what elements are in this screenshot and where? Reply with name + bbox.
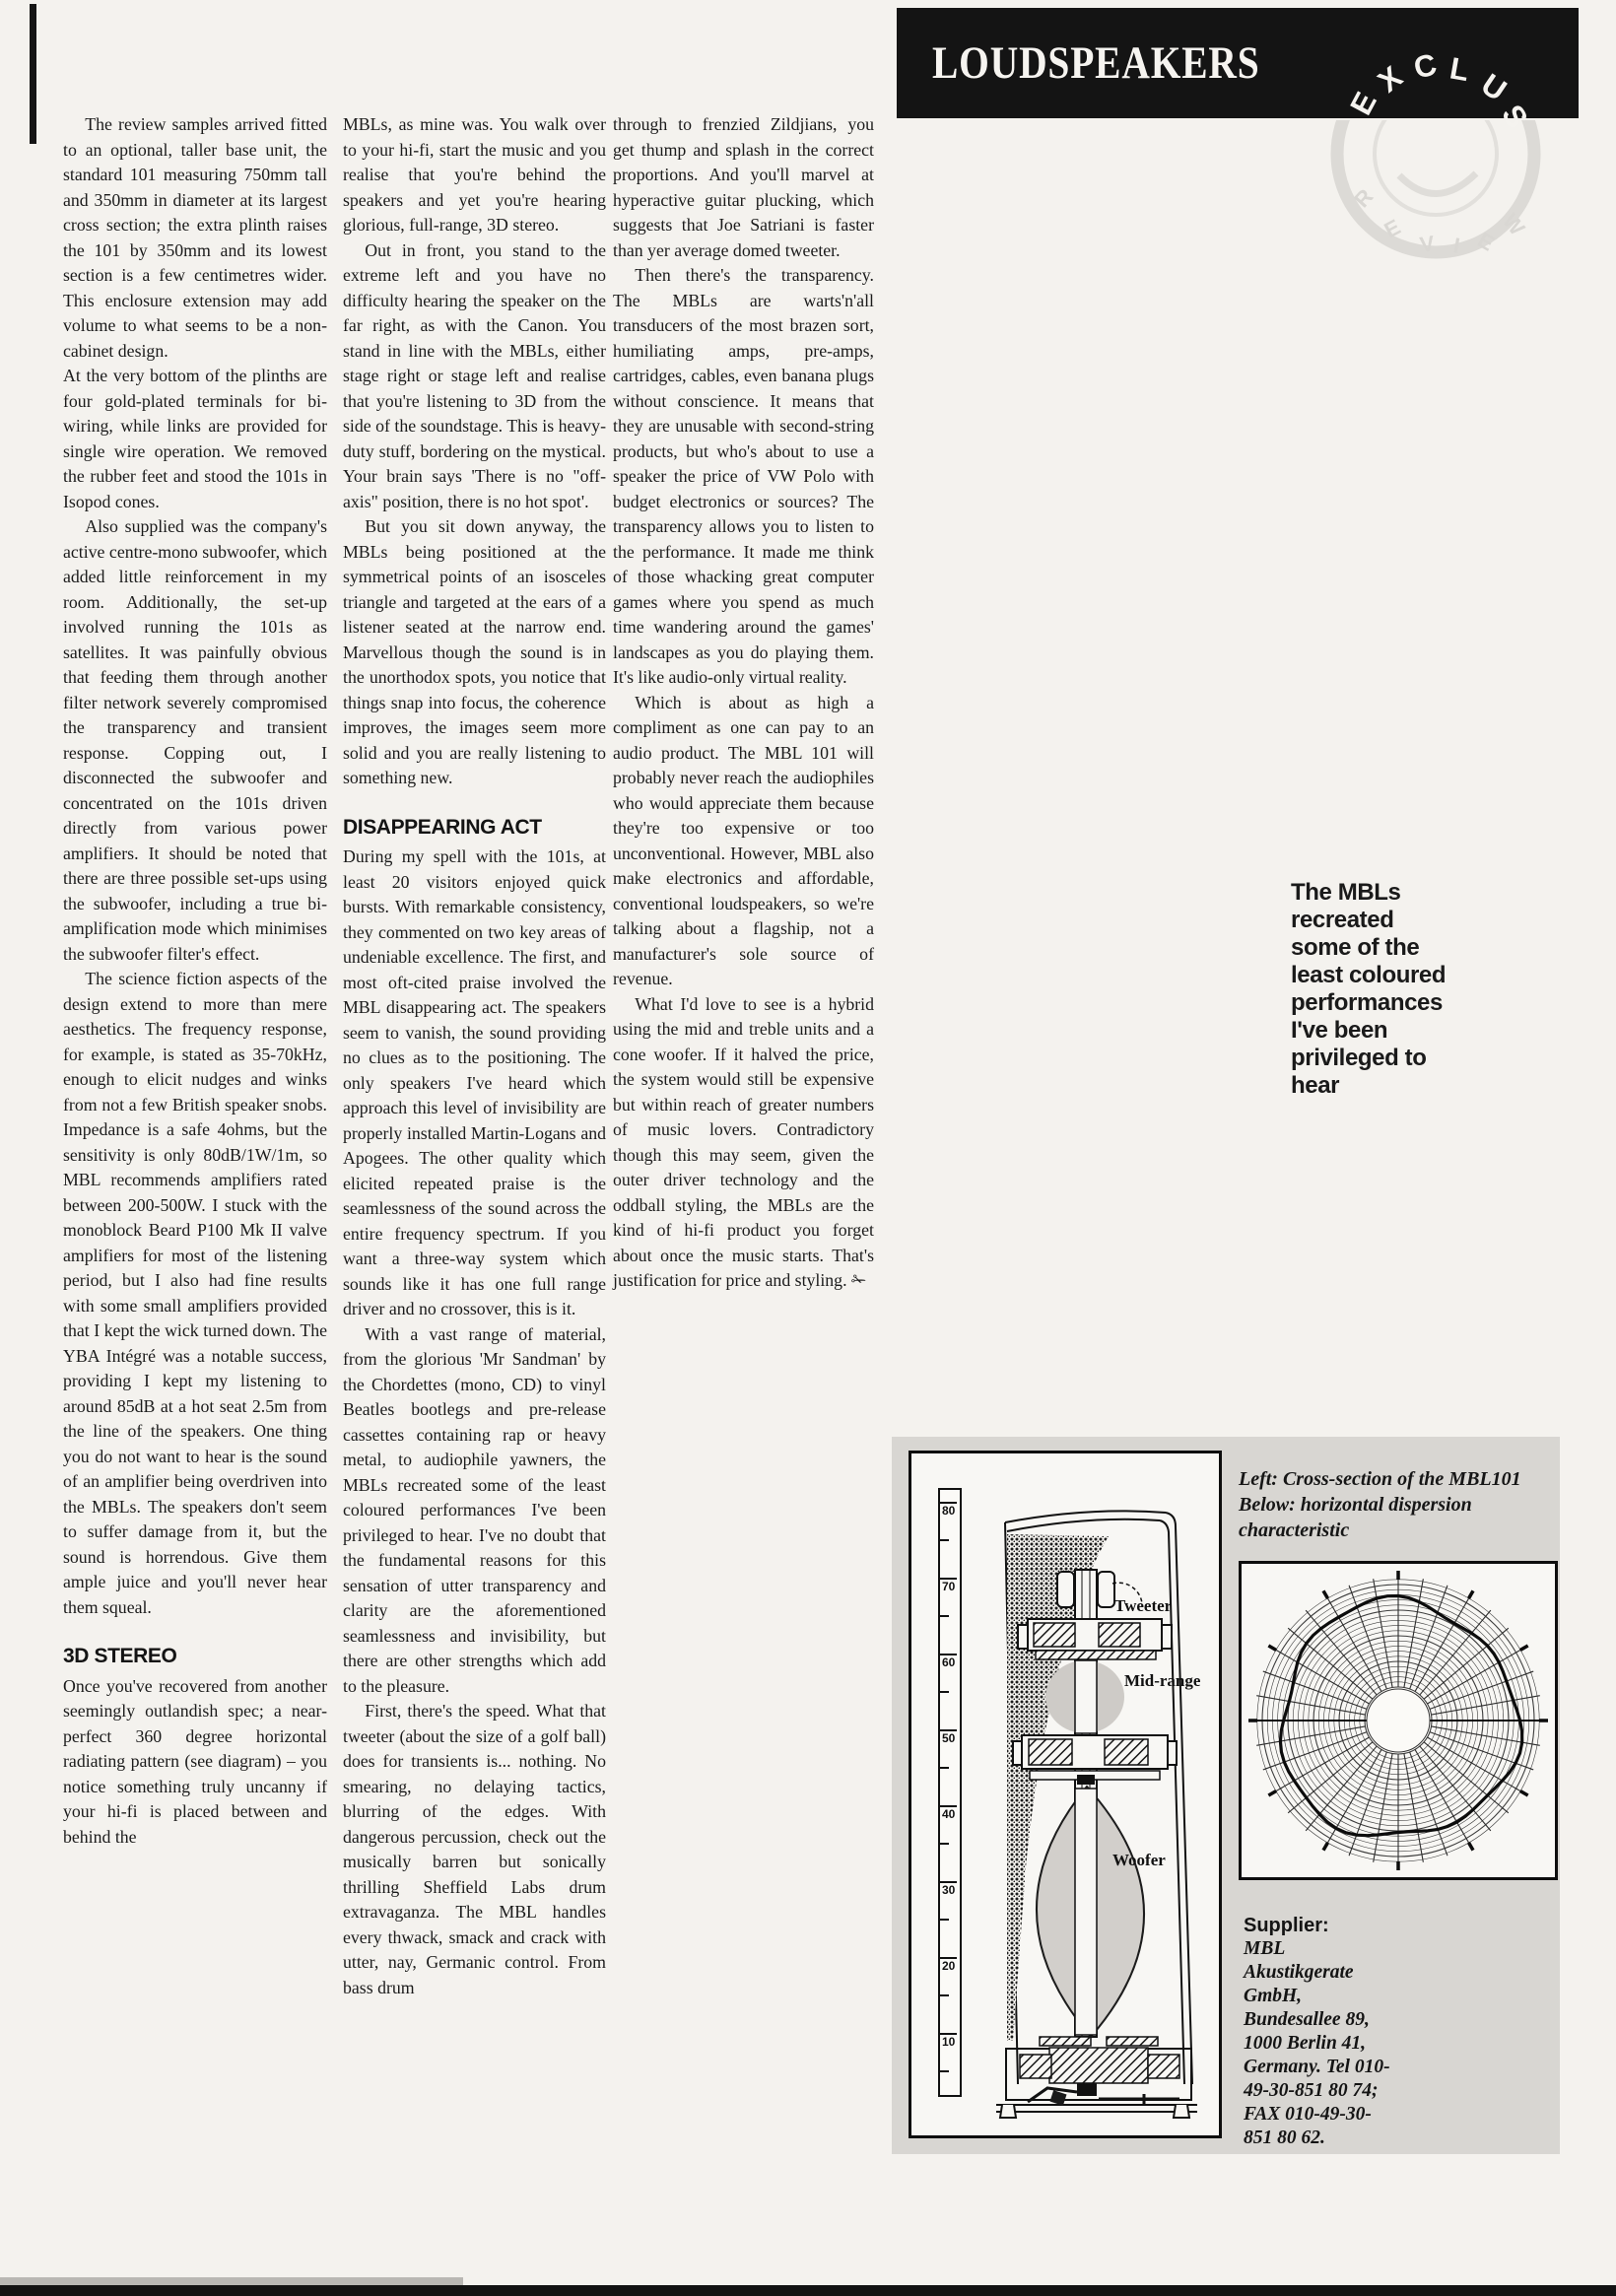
svg-text:W: W [1498, 209, 1530, 240]
midrange-label: Mid-range [1124, 1671, 1201, 1690]
page-title: LOUDSPEAKERS [932, 8, 1260, 118]
lower-flange [1013, 1735, 1177, 1785]
section-heading-disappearing-act: DISAPPEARING ACT [343, 815, 606, 841]
paragraph: At the very bottom of the plinths are fo… [63, 364, 327, 514]
paragraph: MBLs, as mine was. You walk over to your… [343, 112, 606, 238]
magazine-page: LOUDSPEAKERS R E V I E W E X C L U S [0, 0, 1616, 2296]
height-ruler: 80 70 60 50 40 30 20 10 [939, 1489, 961, 2096]
spindle-through-mid [1075, 1660, 1097, 1733]
pull-quote: The MBLs recreated some of the least col… [1291, 879, 1503, 1100]
svg-text:L: L [1448, 50, 1472, 88]
spindle-through-woofer [1075, 1789, 1097, 2035]
svg-text:E: E [1474, 228, 1499, 256]
paragraph: What I'd love to see is a hybrid using t… [613, 992, 874, 1294]
figure-panel: 80 70 60 50 40 30 20 10 [892, 1437, 1560, 2154]
base-assembly [1006, 2037, 1191, 2106]
cross-section-diagram: 80 70 60 50 40 30 20 10 [909, 1451, 1222, 2138]
svg-text:C: C [1410, 46, 1440, 85]
article-column-3: through to frenzied Zildjians, you get t… [613, 112, 874, 1294]
paragraph: With a vast range of material, from the … [343, 1322, 606, 1700]
woofer-label: Woofer [1112, 1851, 1166, 1869]
paragraph: But you sit down anyway, the MBLs being … [343, 514, 606, 791]
dispersion-chart [1239, 1561, 1558, 1880]
exclusive-stamp-icon: R E V I E W E X C L U S [1303, 26, 1569, 292]
upper-flange [1018, 1619, 1172, 1659]
polar-plot [1242, 1564, 1555, 1877]
stamp-top-letters: E X C L U S [1343, 46, 1534, 134]
paragraph: Once you've recovered from another seemi… [63, 1674, 327, 1851]
svg-text:E: E [1343, 87, 1383, 121]
paragraph: through to frenzied Zildjians, you get t… [613, 112, 874, 263]
paragraph: Then there's the transparency. The MBLs … [613, 263, 874, 691]
tweeter-label: Tweeter [1114, 1596, 1173, 1615]
article-column-1: The review samples arrived fitted to an … [63, 112, 327, 1850]
section-heading-3d-stereo: 3D STEREO [63, 1644, 327, 1669]
supplier-address: MBL Akustikgerate GmbH, Bundesallee 89, … [1244, 1937, 1539, 2150]
paragraph: The review samples arrived fitted to an … [63, 112, 327, 364]
supplier-block: Supplier: MBL Akustikgerate GmbH, Bundes… [1244, 1914, 1539, 2150]
paragraph: Out in front, you stand to the extreme l… [343, 238, 606, 515]
figure-caption: Left: Cross-section of the MBL101 Below:… [1239, 1466, 1549, 1543]
ruler-label: 70 [942, 1580, 956, 1593]
ruler-label: 50 [942, 1731, 956, 1745]
supplier-heading: Supplier: [1244, 1914, 1539, 1937]
article-column-2: MBLs, as mine was. You walk over to your… [343, 112, 606, 2000]
svg-text:X: X [1372, 59, 1409, 100]
paragraph: First, there's the speed. What that twee… [343, 1699, 606, 2000]
paragraph: The science fiction aspects of the desig… [63, 967, 327, 1620]
ruler-label: 10 [942, 2035, 956, 2049]
ruler-label: 40 [942, 1807, 956, 1821]
svg-text:U: U [1475, 67, 1513, 108]
paragraph: During my spell with the 101s, at least … [343, 844, 606, 1322]
footer-black-rule [0, 2285, 1616, 2296]
ruler-label: 80 [942, 1504, 956, 1518]
svg-text:V: V [1418, 231, 1436, 257]
ruler-label: 60 [942, 1655, 956, 1669]
registration-mark [30, 4, 36, 144]
ruler-label: 30 [942, 1883, 956, 1897]
ruler-label: 20 [942, 1959, 956, 1973]
paragraph: Also supplied was the company's active c… [63, 514, 327, 967]
paragraph: Which is about as high a compliment as o… [613, 691, 874, 992]
speaker-cross-section-drawing: 80 70 60 50 40 30 20 10 [911, 1453, 1219, 2135]
